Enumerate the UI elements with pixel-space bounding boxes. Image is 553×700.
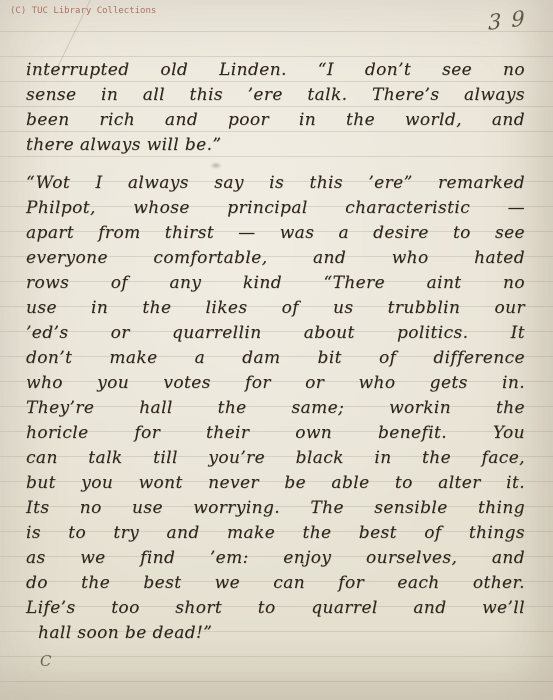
manuscript-line: everyone comfortable, and who hated: [26, 246, 525, 271]
manuscript-line: interrupted old Linden. “I don’t see no: [26, 58, 525, 83]
manuscript-text: interrupted old Linden. “I don’t see no …: [26, 58, 525, 646]
manuscript-line: rows of any kind “There aint no: [26, 271, 525, 296]
manuscript-line: don’t make a dam bit of difference: [26, 346, 525, 371]
library-watermark: (C) TUC Library Collections: [10, 6, 156, 16]
manuscript-line: They’re hall the same; workin the: [26, 396, 525, 421]
manuscript-line: can talk till you’re black in the face,: [26, 446, 525, 471]
manuscript-line: Life’s too short to quarrel and we’ll: [26, 596, 525, 621]
manuscript-line: is to try and make the best of things: [26, 521, 525, 546]
manuscript-line: there always will be.”: [26, 133, 525, 158]
manuscript-line: but you wont never be able to alter it.: [26, 471, 525, 496]
manuscript-line: sense in all this ’ere talk. There’s alw…: [26, 83, 525, 108]
manuscript-line: use in the likes of us trubblin our: [26, 296, 525, 321]
manuscript-line: do the best we can for each other.: [26, 571, 525, 596]
manuscript-line: horicle for their own benefit. You: [26, 421, 525, 446]
catalog-mark: C: [40, 652, 51, 670]
page-number: 39: [488, 5, 535, 35]
manuscript-line: as we find ’em: enjoy ourselves, and: [26, 546, 525, 571]
manuscript-page: (C) TUC Library Collections 39 interrupt…: [0, 0, 553, 700]
manuscript-line: been rich and poor in the world, and: [26, 108, 525, 133]
manuscript-line: Philpot, whose principal characteristic …: [26, 196, 525, 221]
manuscript-line: hall soon be dead!”: [26, 621, 525, 646]
manuscript-line: ’ed’s or quarrellin about politics. It: [26, 321, 525, 346]
manuscript-line: who you votes for or who gets in.: [26, 371, 525, 396]
manuscript-line: “Wot I always say is this ’ere” remarked: [26, 171, 525, 196]
manuscript-line: apart from thirst — was a desire to see: [26, 221, 525, 246]
manuscript-line: Its no use worrying. The sensible thing: [26, 496, 525, 521]
